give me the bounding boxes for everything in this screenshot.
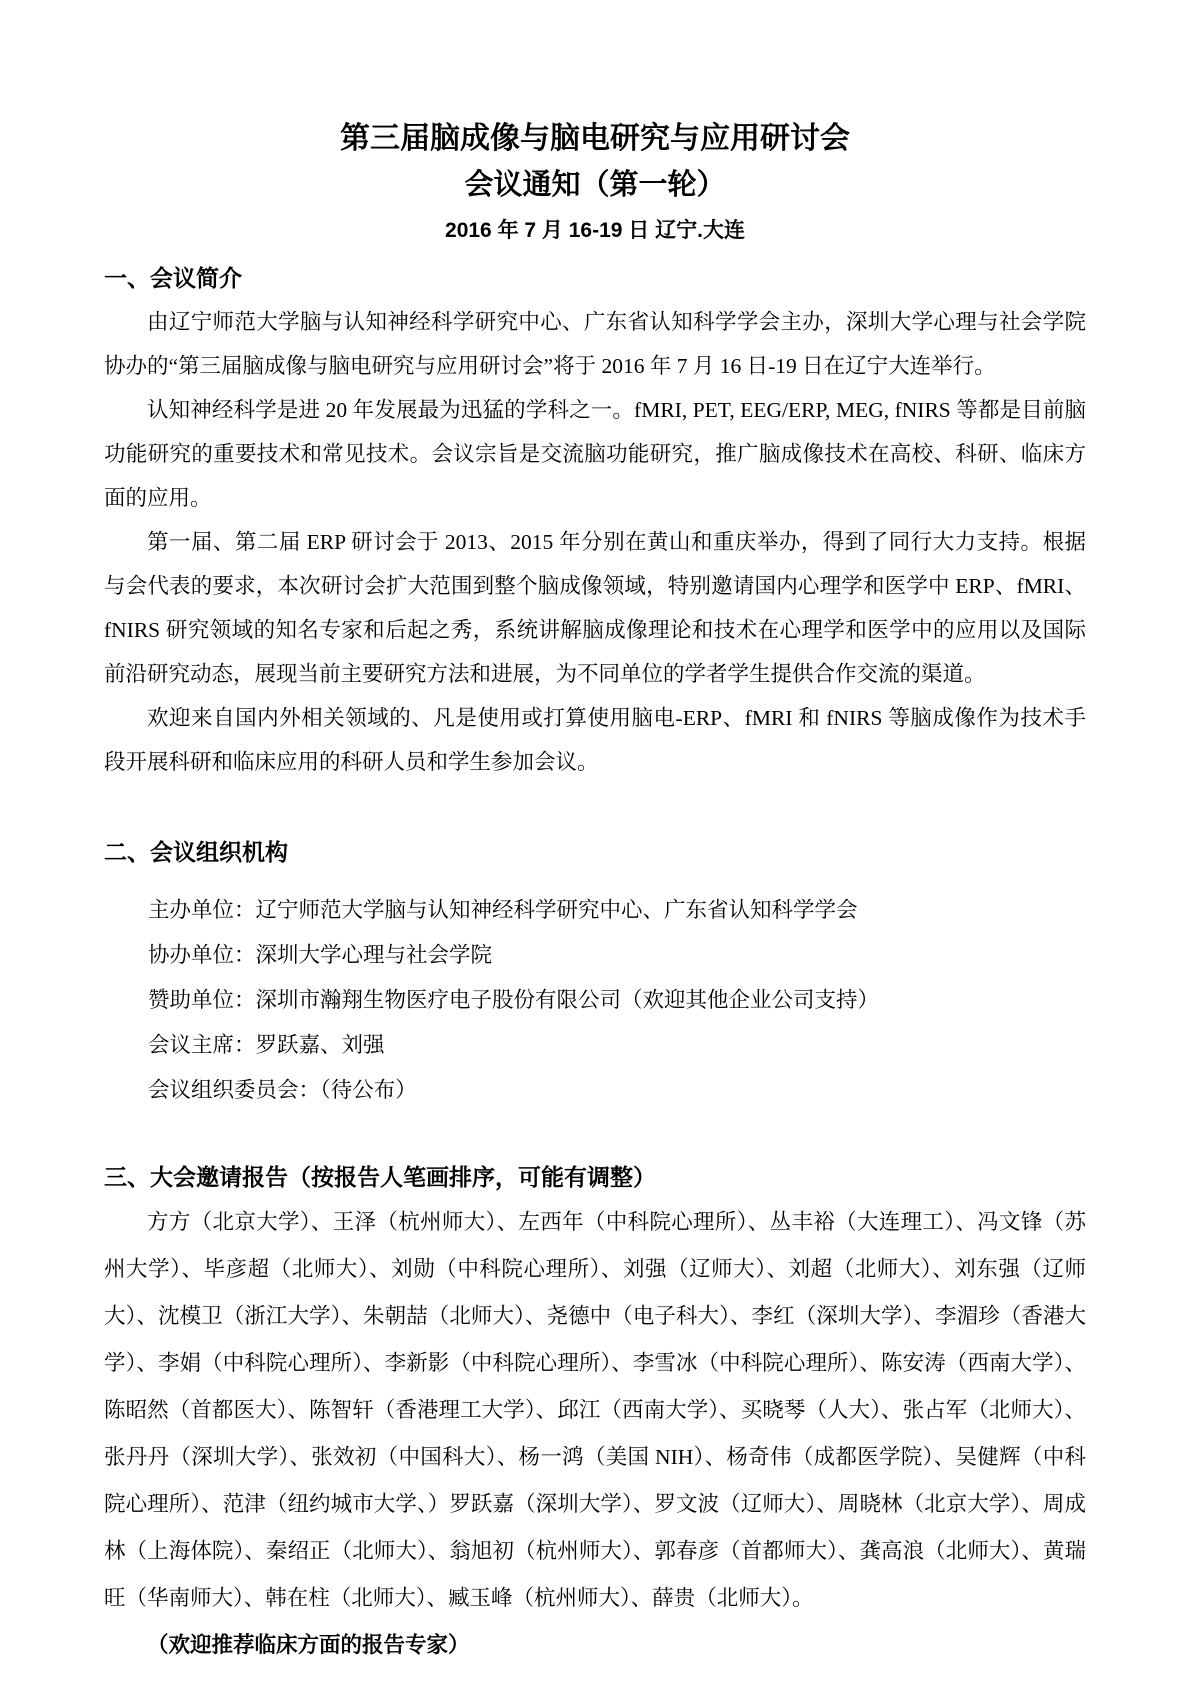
clinical-recommendation-note: （欢迎推荐临床方面的报告专家）: [104, 1622, 1086, 1669]
conference-title: 第三届脑成像与脑电研究与应用研讨会: [104, 118, 1086, 160]
org-item-label: 主办单位：: [148, 898, 256, 922]
org-item-sponsor: 赞助单位：深圳市瀚翔生物医疗电子股份有限公司（欢迎其他企业公司支持）: [148, 978, 1086, 1023]
org-item-host: 主办单位：辽宁师范大学脑与认知神经科学研究中心、广东省认知科学学会: [148, 888, 1086, 933]
org-item-value: 罗跃嘉、刘强: [256, 1033, 385, 1057]
org-item-label: 赞助单位：: [148, 988, 256, 1012]
org-item-label: 会议组织委员会：: [148, 1078, 320, 1102]
section-organization-heading: 二、会议组织机构: [104, 836, 1086, 868]
org-item-cohost: 协办单位：深圳大学心理与社会学院: [148, 933, 1086, 978]
section-speakers-heading: 三、大会邀请报告（按报告人笔画排序，可能有调整）: [104, 1161, 1086, 1193]
intro-paragraph-4: 欢迎来自国内外相关领域的、凡是使用或打算使用脑电-ERP、fMRI 和 fNIR…: [104, 696, 1086, 784]
org-item-value: 深圳市瀚翔生物医疗电子股份有限公司（欢迎其他企业公司支持）: [256, 988, 880, 1012]
org-item-label: 会议主席：: [148, 1033, 256, 1057]
org-item-chair: 会议主席：罗跃嘉、刘强: [148, 1023, 1086, 1068]
date-location-line: 2016 年 7 月 16-19 日 辽宁.大连: [104, 214, 1086, 248]
document-page: 第三届脑成像与脑电研究与应用研讨会 会议通知（第一轮） 2016 年 7 月 1…: [0, 0, 1190, 1683]
intro-paragraph-3: 第一届、第二届 ERP 研讨会于 2013、2015 年分别在黄山和重庆举办，得…: [104, 520, 1086, 696]
notice-subtitle: 会议通知（第一轮）: [104, 164, 1086, 206]
speakers-paragraph: 方方（北京大学）、王泽（杭州师大）、左西年（中科院心理所）、丛丰裕（大连理工）、…: [104, 1199, 1086, 1622]
org-item-value: 深圳大学心理与社会学院: [256, 943, 493, 967]
intro-paragraph-1: 由辽宁师范大学脑与认知神经科学研究中心、广东省认知科学学会主办，深圳大学心理与社…: [104, 300, 1086, 388]
org-item-value: （待公布）: [320, 1078, 417, 1102]
org-item-value: 辽宁师范大学脑与认知神经科学研究中心、广东省认知科学学会: [256, 898, 858, 922]
intro-paragraph-2: 认知神经科学是进 20 年发展最为迅猛的学科之一。fMRI, PET, EEG/…: [104, 388, 1086, 520]
section-intro-heading: 一、会议简介: [104, 262, 1086, 294]
org-item-committee: 会议组织委员会：（待公布）: [148, 1068, 1086, 1113]
organization-list: 主办单位：辽宁师范大学脑与认知神经科学研究中心、广东省认知科学学会 协办单位：深…: [104, 888, 1086, 1113]
org-item-label: 协办单位：: [148, 943, 256, 967]
